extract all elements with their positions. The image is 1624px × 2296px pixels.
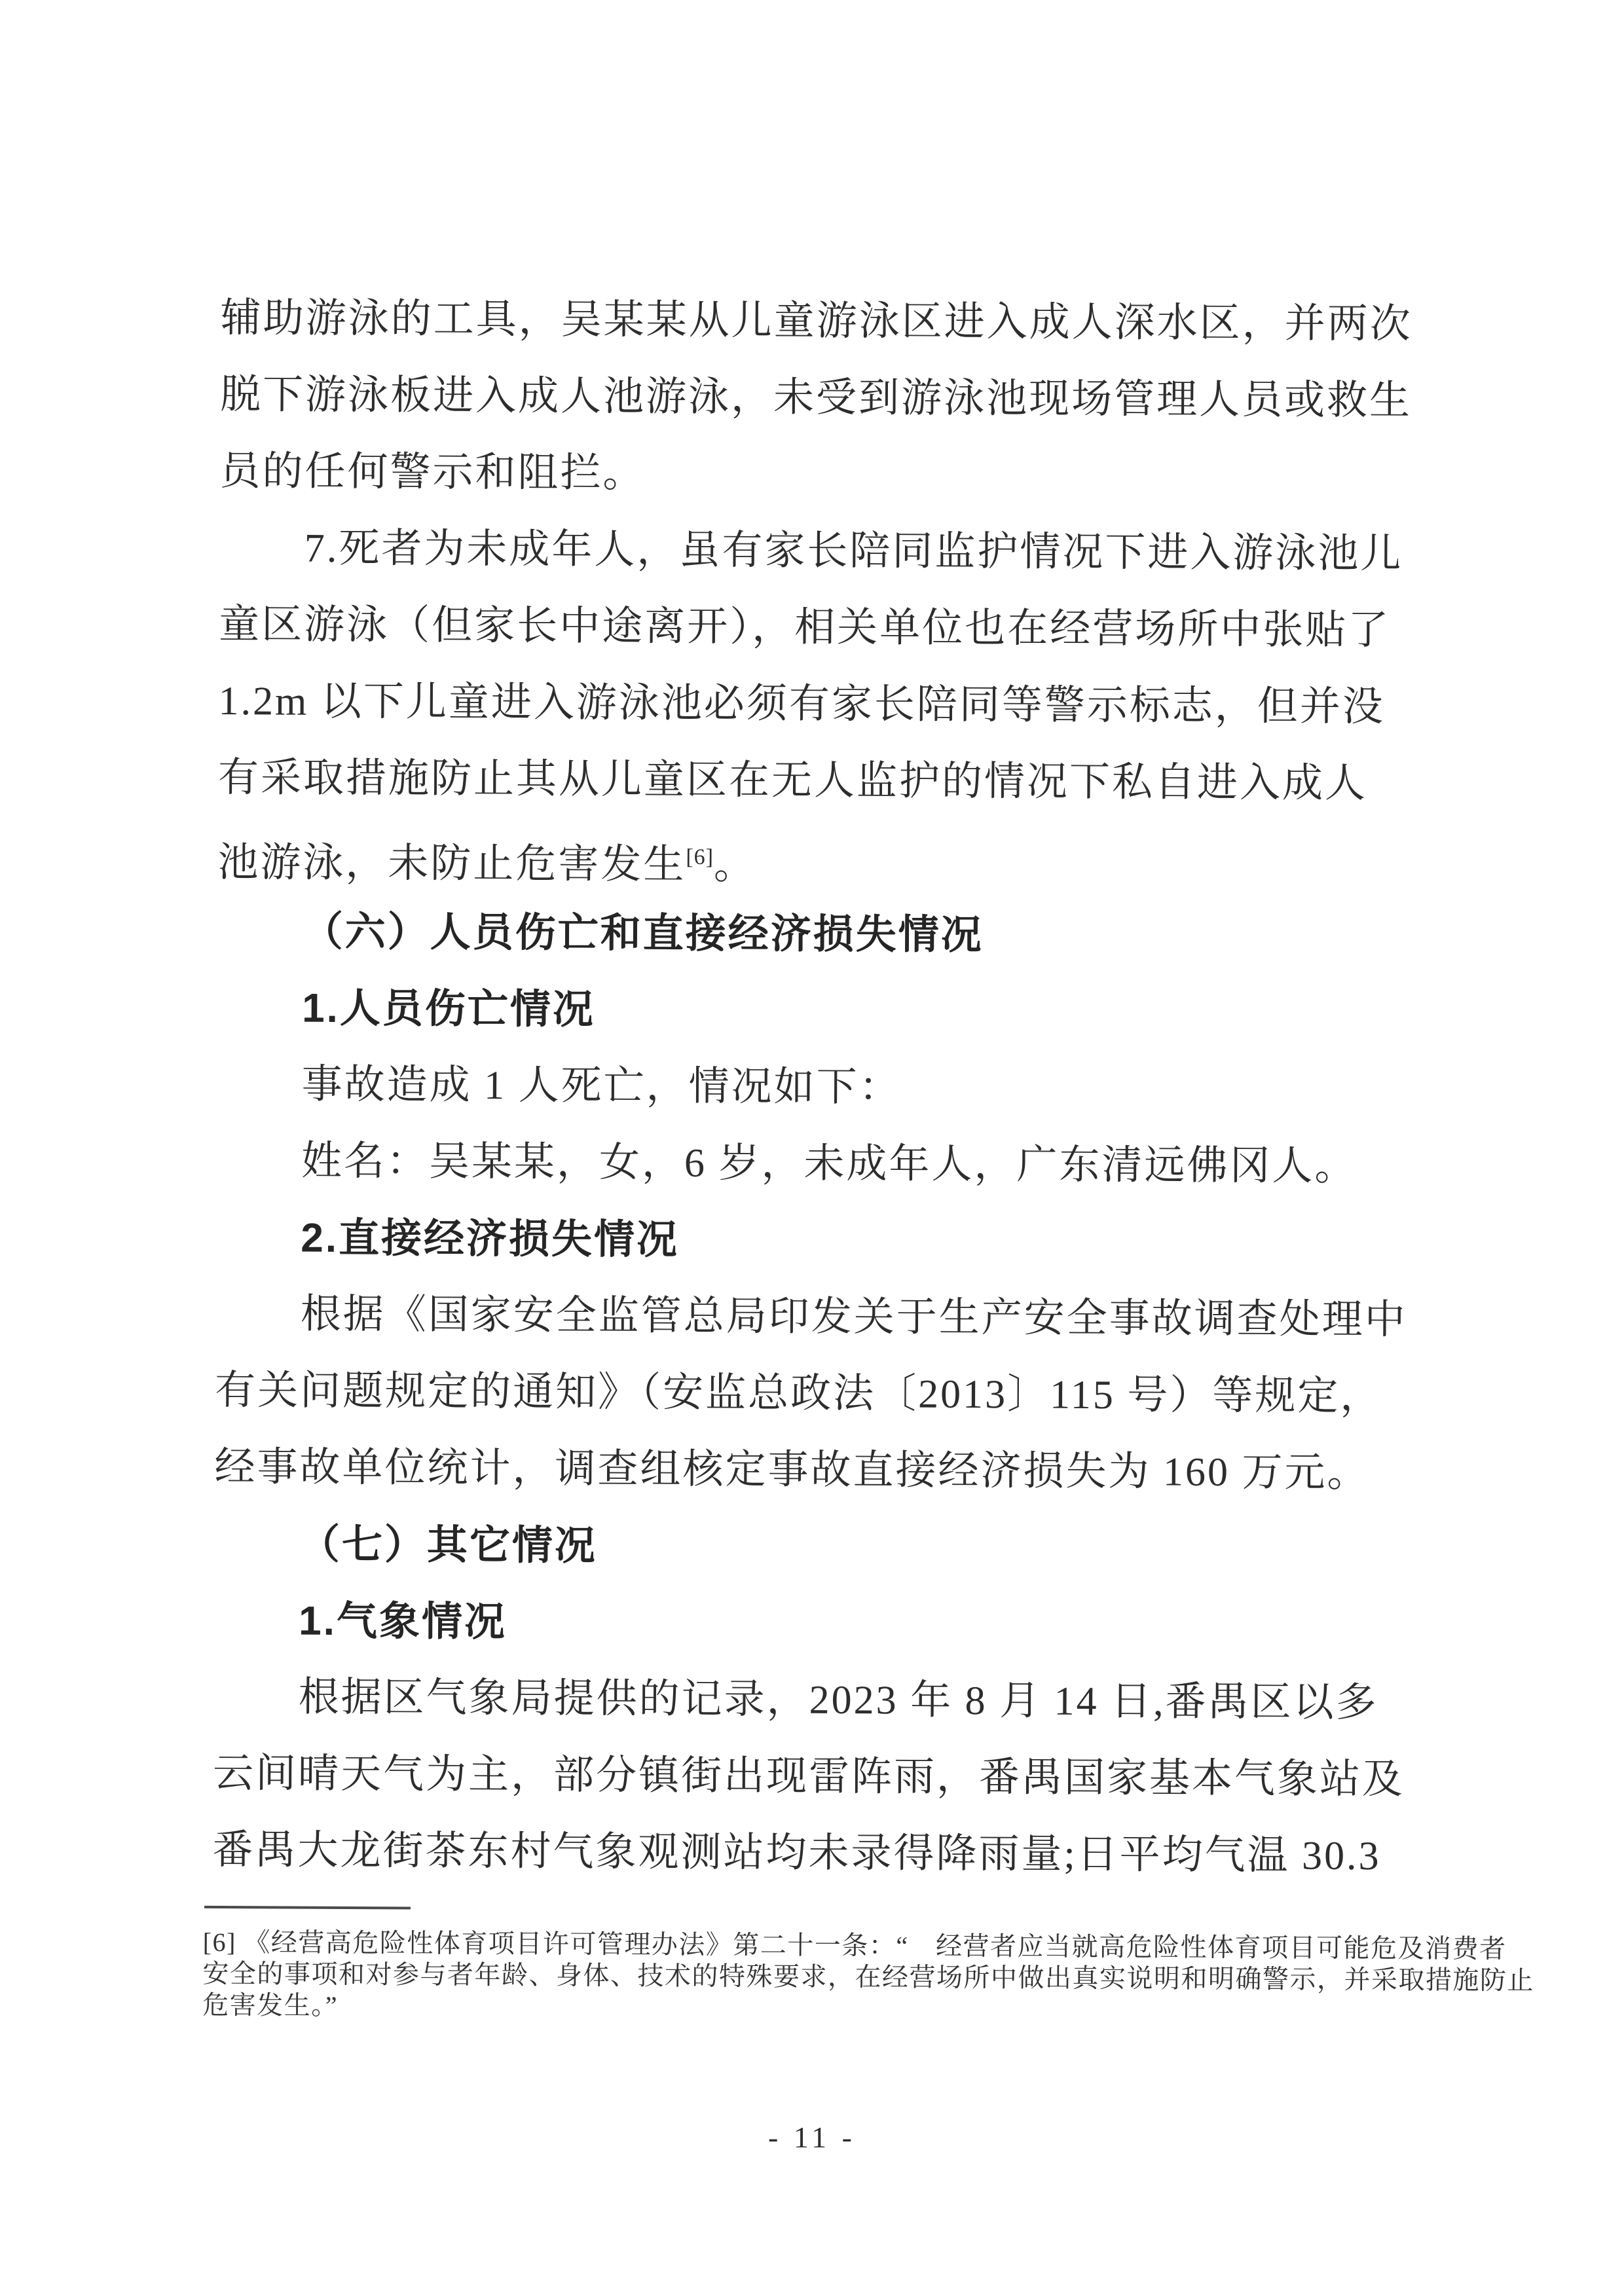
- footnote-line: 安全的事项和对参与者年龄、身体、技术的特殊要求，在经营场所中做出真实说明和明确警…: [202, 1958, 1414, 1996]
- body-line: 根据区气象局提供的记录，2023 年 8 月 14 日,番禺区以多: [213, 1659, 1416, 1742]
- section-heading-7: （七）其它情况: [214, 1506, 1417, 1589]
- body-line: 有采取措施防止其从儿童区在无人监护的情况下私自进入成人: [218, 740, 1421, 823]
- footnote-block: [6] 《经营高危险性体育项目许可管理办法》第二十一条：“ 经营者应当就高危险性…: [202, 1927, 1414, 2028]
- body-line: 脱下游泳板进入成人池游泳，未受到游泳池现场管理人员或救生: [220, 357, 1423, 440]
- subsection-heading-weather: 1.气象情况: [213, 1582, 1416, 1666]
- subsection-heading-economic-loss: 2.直接经济损失情况: [215, 1199, 1418, 1283]
- body-line: 云间晴天气为主，部分镇街出现雷阵雨，番禺国家基本气象站及: [213, 1736, 1416, 1819]
- body-line: 童区游泳（但家长中途离开），相关单位也在经营场所中张贴了: [219, 587, 1422, 670]
- body-line: 姓名：吴某某，女，6 岁，未成年人，广东清远佛冈人。: [216, 1123, 1419, 1206]
- body-text: 池游泳，未防止危害发生: [217, 841, 686, 888]
- body-line: 员的任何警示和阻拦。: [219, 433, 1422, 517]
- body-line: 辅助游泳的工具，吴某某从儿童游泳区进入成人深水区，并两次: [220, 280, 1423, 363]
- body-line: 7.死者为未成年人，虽有家长陪同监护情况下进入游泳池儿: [219, 510, 1422, 593]
- body-line: 有关问题规定的通知》（安监总政法〔2013〕115 号）等规定，: [215, 1353, 1418, 1436]
- page-number: - 11 -: [0, 2120, 1624, 2155]
- scanned-text-block: 辅助游泳的工具，吴某某从儿童游泳区进入成人深水区，并两次 脱下游泳板进入成人池游…: [212, 280, 1423, 2028]
- footnote-line: 危害发生。”: [202, 1990, 1414, 2028]
- subsection-heading-casualty: 1.人员伤亡情况: [217, 970, 1420, 1053]
- body-line: 1.2m 以下儿童进入游泳池必须有家长陪同等警示标志，但并没: [218, 663, 1421, 746]
- body-line: 番禺大龙街茶东村气象观测站均未录得降雨量;日平均气温 30.3: [212, 1812, 1415, 1895]
- body-line: 事故造成 1 人死亡，情况如下：: [216, 1046, 1419, 1129]
- footnote-separator-rule: [204, 1906, 411, 1910]
- body-line: 经事故单位统计，调查组核定事故直接经济损失为 160 万元。: [214, 1429, 1417, 1512]
- document-page: 辅助游泳的工具，吴某某从儿童游泳区进入成人深水区，并两次 脱下游泳板进入成人池游…: [0, 0, 1624, 2296]
- body-line-with-footnote-ref: 池游泳，未防止危害发生[6]。: [217, 816, 1420, 900]
- section-heading-6: （六）人员伤亡和直接经济损失情况: [217, 893, 1420, 976]
- footnote-ref-superscript: [6]: [686, 845, 714, 869]
- body-line: 根据《国家安全监管总局印发关于生产安全事故调查处理中: [215, 1276, 1418, 1359]
- body-text: 。: [714, 843, 756, 888]
